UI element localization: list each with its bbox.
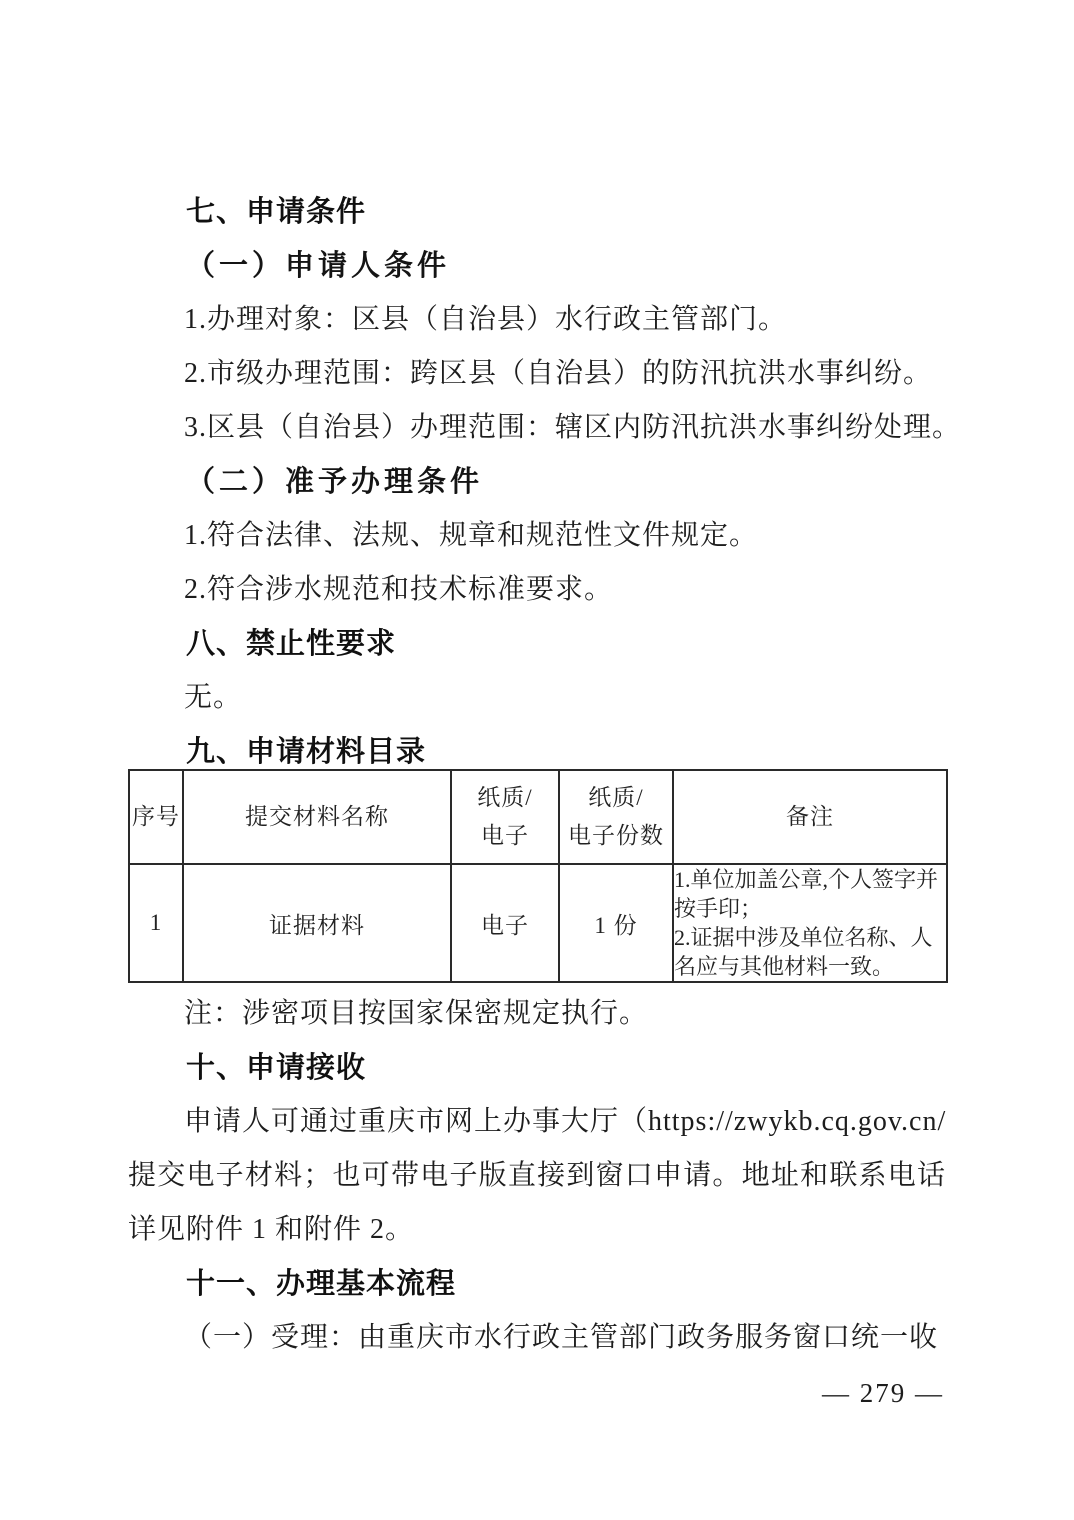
paragraph-7-1-item-1: 1.办理对象：区县（自治县）水行政主管部门。 [128,293,946,347]
subheading-7-2: （二）准予办理条件 [128,455,946,509]
remark-item-1: 1.单位加盖公章,个人签字并按手印； [674,865,946,923]
cell-remark: 1.单位加盖公章,个人签字并按手印； 2.证据中涉及单位名称、人名应与其他材料一… [673,864,947,982]
paragraph-10-line-3: 详见附件 1 和附件 2。 [128,1203,946,1257]
materials-table-row-1: 1 证据材料 电子 1 份 1.单位加盖公章,个人签字并按手印； 2.证据中涉及… [129,864,947,982]
col-header-copies-line-2: 电子份数 [568,817,664,855]
paragraph-7-2-item-1: 1.符合法律、法规、规章和规范性文件规定。 [128,509,946,563]
remark-item-2: 2.证据中涉及单位名称、人名应与其他材料一致。 [674,923,946,981]
col-header-medium: 纸质/ 电子 [451,770,559,864]
paragraph-10-line-1: 申请人可通过重庆市网上办事大厅（https://zwykb.cq.gov.cn/… [128,1095,946,1149]
paragraph-10-line-2: 提交电子材料；也可带电子版直接到窗口申请。地址和联系电话 [128,1149,946,1203]
document-page: 七、申请条件 （一）申请人条件 1.办理对象：区县（自治县）水行政主管部门。 2… [0,0,1074,1520]
paragraph-7-1-item-3: 3.区县（自治县）办理范围：辖区内防汛抗洪水事纠纷处理。 [128,401,946,455]
heading-section-7: 七、申请条件 [128,185,946,239]
subheading-7-1: （一）申请人条件 [128,239,946,293]
col-header-material-name-label: 提交材料名称 [245,798,389,836]
col-header-medium-line-2: 电子 [481,817,529,855]
col-header-index-label: 序号 [132,798,180,836]
materials-table-header-row: 序号 提交材料名称 纸质/ 电子 纸质/ 电子份数 [129,770,947,864]
col-header-copies-line-1: 纸质/ [588,779,643,817]
col-header-remark-label: 备注 [786,798,834,836]
col-header-copies: 纸质/ 电子份数 [559,770,673,864]
col-header-remark: 备注 [673,770,947,864]
paragraph-11-line-1: （一）受理：由重庆市水行政主管部门政务服务窗口统一收 [128,1311,946,1365]
paragraph-7-1-item-2: 2.市级办理范围：跨区县（自治县）的防汛抗洪水事纠纷。 [128,347,946,401]
cell-index: 1 [129,864,183,982]
materials-table: 序号 提交材料名称 纸质/ 电子 纸质/ 电子份数 [128,769,948,983]
cell-medium: 电子 [451,864,559,982]
heading-section-11: 十一、办理基本流程 [128,1257,946,1311]
document-content: 七、申请条件 （一）申请人条件 1.办理对象：区县（自治县）水行政主管部门。 2… [0,0,1074,1520]
page-number: — 279 — [128,1373,946,1413]
paragraph-7-2-item-2: 2.符合涉水规范和技术标准要求。 [128,563,946,617]
col-header-index: 序号 [129,770,183,864]
cell-material-name: 证据材料 [183,864,451,982]
col-header-material-name: 提交材料名称 [183,770,451,864]
heading-section-10: 十、申请接收 [128,1041,946,1095]
table-note: 注：涉密项目按国家保密规定执行。 [128,987,946,1041]
col-header-medium-line-1: 纸质/ [477,779,532,817]
cell-copies: 1 份 [559,864,673,982]
paragraph-8-none: 无。 [128,671,946,725]
heading-section-8: 八、禁止性要求 [128,617,946,671]
